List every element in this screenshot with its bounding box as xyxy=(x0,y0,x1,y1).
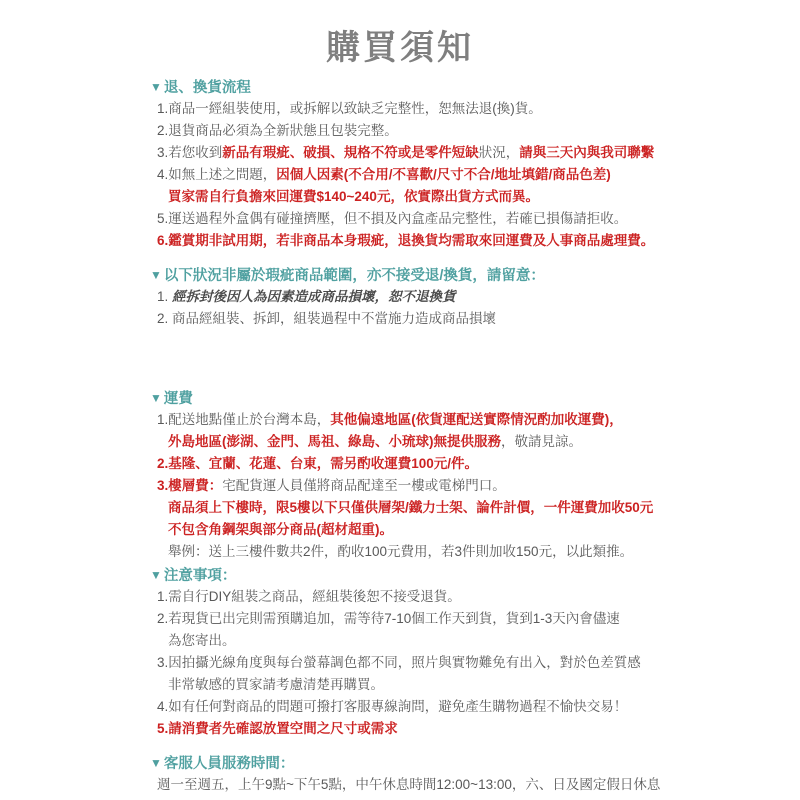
highlight-text: 5.請消費者先確認放置空間之尺寸或需求 xyxy=(157,721,398,736)
triangle-marker-icon: ▼ xyxy=(150,391,162,405)
section-heading: ▼運費 xyxy=(150,388,680,409)
notice-line: 2.退貨商品必須為全新狀態且包裝完整。 xyxy=(150,120,680,142)
notice-line: 4.如無上述之問題，因個人因素(不合用/不喜歡/尺寸不合/地址填錯/商品色差) xyxy=(150,164,680,186)
body-text: 3.因拍攝光線角度與每台螢幕調色都不同，照片與實物難免有出入，對於色差質感 xyxy=(157,655,641,670)
section-service-hours: ▼客服人員服務時間：週一至週五，上午9點~下午5點，中午休息時間12:00~13… xyxy=(150,753,680,796)
body-text: 舉例：送上三樓件數共2件，酌收100元費用，若3件則加收150元，以此類推。 xyxy=(168,544,633,559)
notice-line: 3.若您收到新品有瑕疵、破損、規格不符或是零件短缺狀況，請與三天內與我司聯繫 xyxy=(150,142,680,164)
body-text: 2. 商品經組裝、拆卸，組裝過程中不當施力造成商品損壞 xyxy=(157,311,496,326)
notice-line: 2.若現貨已出完則需預購追加，需等待7-10個工作天到貨，貨到1-3天內會儘速 xyxy=(150,608,680,630)
section-heading: ▼注意事項： xyxy=(150,565,680,586)
section-heading: ▼以下狀況非屬於瑕疵商品範圍，亦不接受退/換貨，請留意： xyxy=(150,265,680,286)
body-text: 狀況， xyxy=(479,145,520,160)
notice-line: 1.需自行DIY組裝之商品，經組裝後恕不接受退貨。 xyxy=(150,586,680,608)
body-text: 非常敏感的買家請考慮清楚再購買。 xyxy=(168,677,384,692)
notice-line: 不包含角鋼架與部分商品(超材超重)。 xyxy=(150,519,680,541)
notice-line: 非常敏感的買家請考慮清楚再購買。 xyxy=(150,674,680,696)
highlight-text: 6.鑑賞期非試用期，若非商品本身瑕疵，退換貨均需取來回運費及人事商品處理費。 xyxy=(157,233,654,248)
notice-sections: ▼退、換貨流程1.商品一經組裝使用，或拆解以致缺乏完整性，恕無法退(換)貨。2.… xyxy=(150,77,680,796)
notice-line: 舉例：送上三樓件數共2件，酌收100元費用，若3件則加收150元，以此類推。 xyxy=(150,541,680,563)
triangle-marker-icon: ▼ xyxy=(150,756,162,770)
triangle-marker-icon: ▼ xyxy=(150,268,162,282)
section-non-defect-scope: ▼以下狀況非屬於瑕疵商品範圍，亦不接受退/換貨，請留意：1. 經拆封後因人為因素… xyxy=(150,265,680,330)
body-text: 2.若現貨已出完則需預購追加，需等待7-10個工作天到貨，貨到1-3天內會儘速 xyxy=(157,611,620,626)
body-text: 3.若您收到 xyxy=(157,145,222,160)
highlight-text: 3.樓層費： xyxy=(157,478,222,493)
section-heading: ▼退、換貨流程 xyxy=(150,77,680,98)
notice-line: 外島地區(澎湖、金門、馬祖、綠島、小琉球)無提供服務，敬請見諒。 xyxy=(150,431,680,453)
body-text: 1.需自行DIY組裝之商品，經組裝後恕不接受退貨。 xyxy=(157,589,461,604)
notice-line: 1. 經拆封後因人為因素造成商品損壞，恕不退換貨 xyxy=(150,286,680,308)
body-text: 1.配送地點僅止於台灣本島， xyxy=(157,412,330,427)
notice-line: 4.如有任何對商品的問題可撥打客服專線詢問，避免產生購物過程不愉快交易！ xyxy=(150,696,680,718)
page-title: 購買須知 xyxy=(0,20,800,69)
highlight-text: 新品有瑕疵、破損、規格不符或是零件短缺 xyxy=(222,145,479,160)
notice-line: 3.因拍攝光線角度與每台螢幕調色都不同，照片與實物難免有出入，對於色差質感 xyxy=(150,652,680,674)
triangle-marker-icon: ▼ xyxy=(150,80,162,94)
body-text: 2.退貨商品必須為全新狀態且包裝完整。 xyxy=(157,123,398,138)
notice-line: 為您寄出。 xyxy=(150,630,680,652)
highlight-text: 不包含角鋼架與部分商品(超材超重)。 xyxy=(168,522,393,537)
notice-line: 5.請消費者先確認放置空間之尺寸或需求 xyxy=(150,718,680,740)
highlight-text: 其他偏遠地區(依貨運配送實際情況酌加收運費)， xyxy=(330,412,623,427)
highlight-text: 因個人因素(不合用/不喜歡/尺寸不合/地址填錯/商品色差) xyxy=(276,167,611,182)
emphasis-text: 經拆封後因人為因素造成商品損壞，恕不退換貨 xyxy=(172,289,456,304)
purchase-notice-page: 購買須知 ▼退、換貨流程1.商品一經組裝使用，或拆解以致缺乏完整性，恕無法退(換… xyxy=(0,0,800,796)
body-text: 1.商品一經組裝使用，或拆解以致缺乏完整性，恕無法退(換)貨。 xyxy=(157,101,542,116)
notice-line: 買家需自行負擔來回運費$140~240元，依實際出貨方式而異。 xyxy=(150,186,680,208)
notice-line: 6.鑑賞期非試用期，若非商品本身瑕疵，退換貨均需取來回運費及人事商品處理費。 xyxy=(150,230,680,252)
body-text: 週一至週五，上午9點~下午5點，中午休息時間12:00~13:00，六、日及國定… xyxy=(157,777,660,792)
body-text: 1. xyxy=(157,289,172,304)
triangle-marker-icon: ▼ xyxy=(150,568,162,582)
highlight-text: 外島地區(澎湖、金門、馬祖、綠島、小琉球)無提供服務 xyxy=(168,434,501,449)
highlight-text: 商品須上下樓時，限5樓以下只僅供層架/鐵力士架、論件計價，一件運費加收50元 xyxy=(168,500,653,515)
notice-line: 週一至週五，上午9點~下午5點，中午休息時間12:00~13:00，六、日及國定… xyxy=(150,774,680,796)
section-shipping-fee: ▼運費1.配送地點僅止於台灣本島，其他偏遠地區(依貨運配送實際情況酌加收運費)，… xyxy=(150,388,680,563)
section-return-exchange-process: ▼退、換貨流程1.商品一經組裝使用，或拆解以致缺乏完整性，恕無法退(換)貨。2.… xyxy=(150,77,680,252)
notice-line: 1.配送地點僅止於台灣本島，其他偏遠地區(依貨運配送實際情況酌加收運費)， xyxy=(150,409,680,431)
notice-line: 1.商品一經組裝使用，或拆解以致缺乏完整性，恕無法退(換)貨。 xyxy=(150,98,680,120)
body-text: 4.如有任何對商品的問題可撥打客服專線詢問，避免產生購物過程不愉快交易！ xyxy=(157,699,627,714)
body-text: ，敬請見諒。 xyxy=(501,434,582,449)
body-text: 4.如無上述之問題， xyxy=(157,167,276,182)
notice-line: 2.基隆、宜蘭、花蓮、台東，需另酌收運費100元/件。 xyxy=(150,453,680,475)
notice-line: 2. 商品經組裝、拆卸，組裝過程中不當施力造成商品損壞 xyxy=(150,308,680,330)
notice-line: 商品須上下樓時，限5樓以下只僅供層架/鐵力士架、論件計價，一件運費加收50元 xyxy=(150,497,680,519)
section-notes: ▼注意事項：1.需自行DIY組裝之商品，經組裝後恕不接受退貨。2.若現貨已出完則… xyxy=(150,565,680,740)
section-heading: ▼客服人員服務時間： xyxy=(150,753,680,774)
body-text: 宅配貨運人員僅將商品配達至一樓或電梯門口。 xyxy=(222,478,506,493)
highlight-text: 請與三天內與我司聯繫 xyxy=(519,145,654,160)
highlight-text: 買家需自行負擔來回運費$140~240元，依實際出貨方式而異。 xyxy=(168,189,539,204)
body-text: 5.運送過程外盒偶有碰撞擠壓，但不損及內盒產品完整性，若確已損傷請拒收。 xyxy=(157,211,627,226)
highlight-text: 2.基隆、宜蘭、花蓮、台東，需另酌收運費100元/件。 xyxy=(157,456,478,471)
notice-line: 5.運送過程外盒偶有碰撞擠壓，但不損及內盒產品完整性，若確已損傷請拒收。 xyxy=(150,208,680,230)
notice-line: 3.樓層費：宅配貨運人員僅將商品配達至一樓或電梯門口。 xyxy=(150,475,680,497)
body-text: 為您寄出。 xyxy=(168,633,236,648)
